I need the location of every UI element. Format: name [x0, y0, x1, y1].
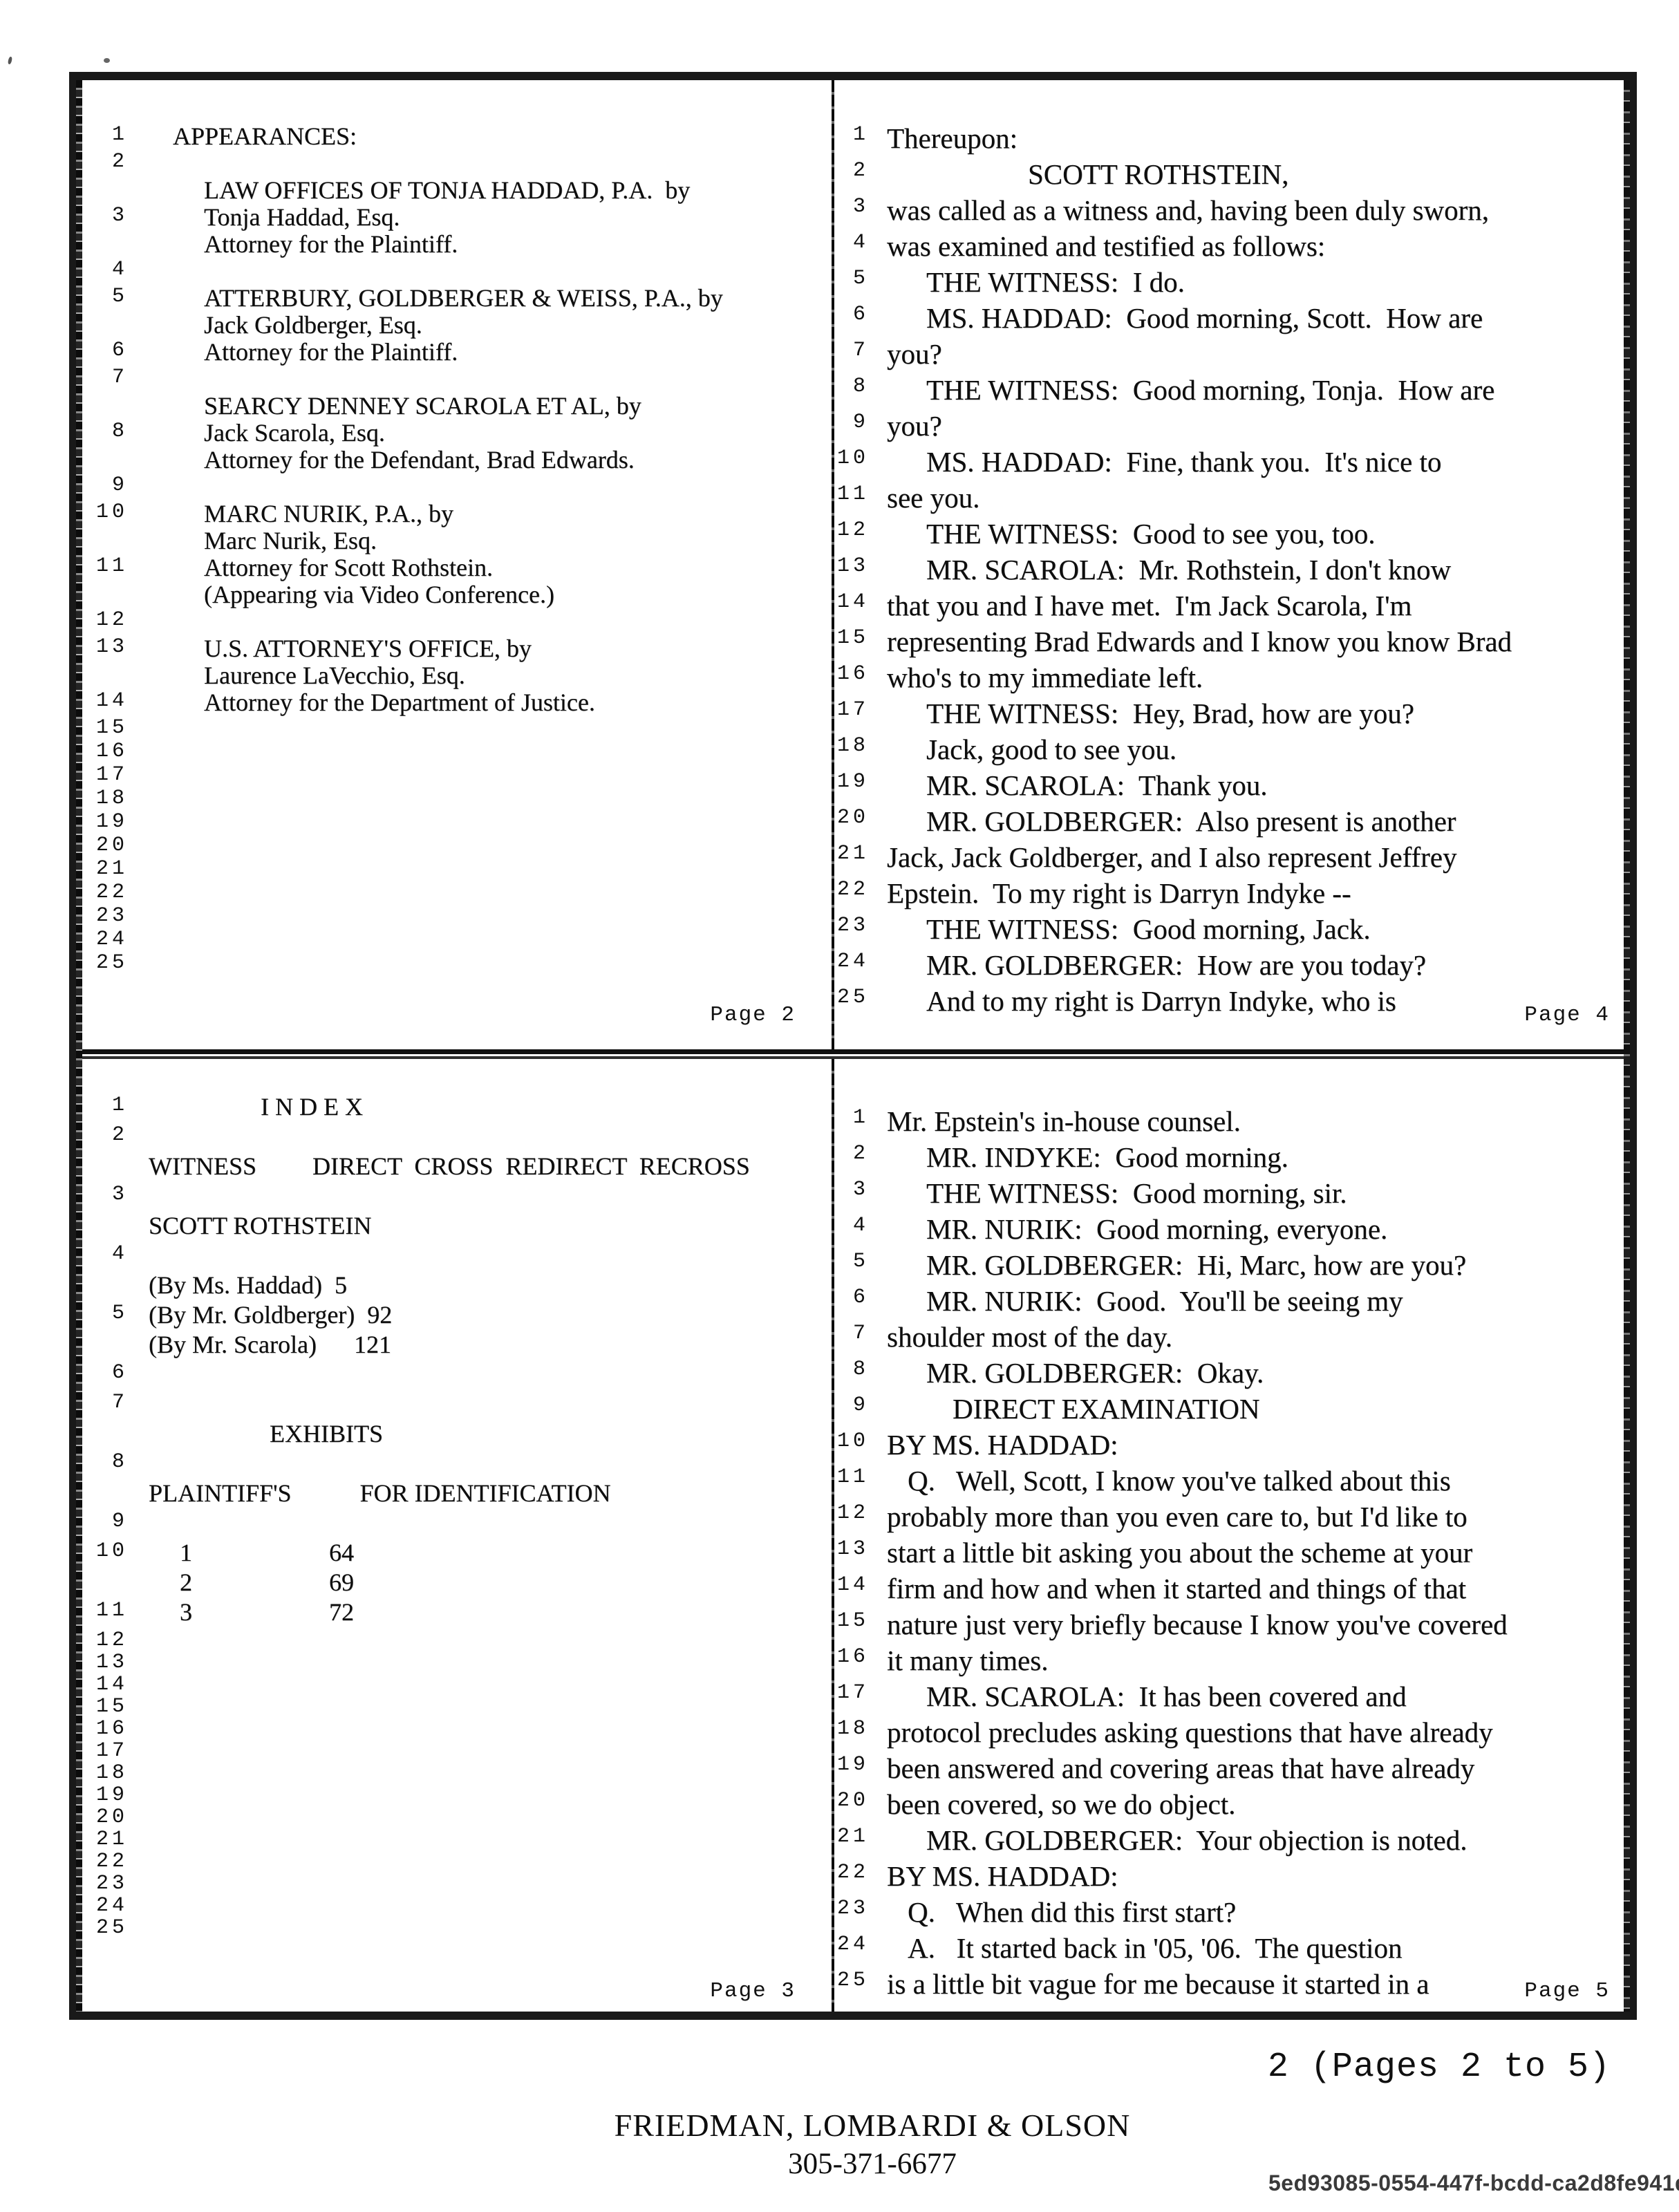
- transcript-line: 2SCOTT ROTHSTEIN,: [834, 160, 1628, 196]
- line-text: Q. When did this first start?: [908, 1897, 1236, 1927]
- line-number: 8: [834, 375, 869, 398]
- transcript-line: 14firm and how and when it started and t…: [834, 1574, 1628, 1610]
- line-text: EXHIBITS: [270, 1421, 383, 1447]
- transcript-line: 10 1 64: [77, 1540, 832, 1570]
- line-text: Attorney for the Department of Justice.: [204, 690, 595, 716]
- line-number: 18: [77, 787, 128, 810]
- transcript-line: 25: [77, 952, 832, 975]
- line-text: (By Mr. Goldberger) 92: [149, 1302, 392, 1329]
- transcript-line: 21Jack, Jack Goldberger, and I also repr…: [834, 843, 1628, 879]
- line-number: 16: [834, 663, 869, 686]
- transcript-lines: 1Thereupon:2SCOTT ROTHSTEIN,3was called …: [834, 124, 1628, 1022]
- transcript-line: 15representing Brad Edwards and I know y…: [834, 627, 1628, 663]
- transcript-line: LAW OFFICES OF TONJA HADDAD, P.A. by: [77, 178, 832, 205]
- transcript-line: 25: [77, 1917, 832, 1939]
- transcript-line: 11 3 72: [77, 1600, 832, 1629]
- transcript-line: 16it many times.: [834, 1646, 1628, 1682]
- line-text: 1 64: [149, 1540, 354, 1566]
- transcript-line: 21MR. GOLDBERGER: Your objection is note…: [834, 1826, 1628, 1862]
- line-text: Tonja Haddad, Esq.: [204, 205, 400, 231]
- transcript-line: 8Jack Scarola, Esq.: [77, 420, 832, 447]
- line-number: 4: [77, 1243, 128, 1266]
- line-number: 20: [77, 834, 128, 857]
- transcript-line: 6MS. HADDAD: Good morning, Scott. How ar…: [834, 303, 1628, 339]
- line-text: MR. NURIK: Good. You'll be seeing my: [926, 1286, 1403, 1316]
- page-label: Page 5: [1524, 1979, 1610, 2003]
- transcript-line: SEARCY DENNEY SCAROLA ET AL, by: [77, 393, 832, 420]
- line-text: MR. GOLDBERGER: Okay.: [926, 1358, 1264, 1388]
- transcript-line: 11see you.: [834, 483, 1628, 519]
- transcript-line: 17MR. SCAROLA: It has been covered and: [834, 1682, 1628, 1718]
- line-number: 21: [77, 1828, 128, 1851]
- line-number: 7: [834, 1322, 869, 1345]
- transcript-line: 17THE WITNESS: Hey, Brad, how are you?: [834, 699, 1628, 735]
- line-text: THE WITNESS: Good to see you, too.: [926, 519, 1376, 549]
- line-number: 20: [77, 1806, 128, 1829]
- line-text: Attorney for Scott Rothstein.: [204, 555, 493, 581]
- line-text: Mr. Epstein's in-house counsel.: [887, 1107, 1241, 1136]
- line-number: 5: [77, 285, 128, 308]
- line-text: Epstein. To my right is Darryn Indyke --: [887, 879, 1351, 908]
- line-number: 10: [834, 447, 869, 470]
- line-number: 22: [77, 1850, 128, 1873]
- transcript-line: 12THE WITNESS: Good to see you, too.: [834, 519, 1628, 555]
- line-text: (By Ms. Haddad) 5: [149, 1273, 347, 1299]
- line-number: 23: [77, 905, 128, 928]
- line-text: MS. HADDAD: Good morning, Scott. How are: [926, 303, 1483, 333]
- transcript-line: 2: [77, 1124, 832, 1154]
- line-text: Laurence LaVecchio, Esq.: [204, 663, 465, 689]
- line-text: DIRECT EXAMINATION: [953, 1394, 1260, 1424]
- transcript-line: 1Thereupon:: [834, 124, 1628, 160]
- line-text: THE WITNESS: I do.: [926, 268, 1185, 297]
- transcript-line: 18: [77, 787, 832, 811]
- transcript-line: 15: [77, 1696, 832, 1718]
- transcript-line: 8THE WITNESS: Good morning, Tonja. How a…: [834, 375, 1628, 411]
- transcript-line: 25is a little bit vague for me because i…: [834, 1969, 1628, 2005]
- transcript-line: 9: [77, 1510, 832, 1540]
- line-text: Jack, good to see you.: [926, 735, 1176, 765]
- transcript-line: 13: [77, 1651, 832, 1674]
- line-text: you?: [887, 339, 942, 369]
- transcript-line: 23THE WITNESS: Good morning, Jack.: [834, 915, 1628, 950]
- line-text: firm and how and when it started and thi…: [887, 1574, 1466, 1604]
- transcript-lines: 1INDEX2WITNESS DIRECT CROSS REDIRECT REC…: [77, 1094, 832, 1939]
- line-text: (By Mr. Scarola) 121: [149, 1332, 391, 1358]
- transcript-line: 2: [77, 151, 832, 178]
- transcript-line: Laurence LaVecchio, Esq.: [77, 663, 832, 690]
- line-number: 17: [834, 699, 869, 722]
- line-number: 22: [77, 881, 128, 904]
- transcript-line: 7you?: [834, 339, 1628, 375]
- transcript-line: 16: [77, 740, 832, 764]
- transcript-line: 22: [77, 1850, 832, 1873]
- transcript-line: 10MS. HADDAD: Fine, thank you. It's nice…: [834, 447, 1628, 483]
- transcript-line: Attorney for the Plaintiff.: [77, 232, 832, 259]
- line-text: was examined and testified as follows:: [887, 232, 1325, 261]
- transcript-line: 1Mr. Epstein's in-house counsel.: [834, 1107, 1628, 1143]
- transcript-line: (By Mr. Scarola) 121: [77, 1332, 832, 1362]
- transcript-line: 5THE WITNESS: I do.: [834, 268, 1628, 303]
- line-text: Jack Goldberger, Esq.: [204, 312, 422, 339]
- transcript-lines: 1APPEARANCES:2LAW OFFICES OF TONJA HADDA…: [77, 124, 832, 975]
- page-label: Page 4: [1524, 1003, 1610, 1027]
- transcript-line: 14: [77, 1674, 832, 1696]
- line-number: 20: [834, 807, 869, 829]
- transcript-line: 14Attorney for the Department of Justice…: [77, 690, 832, 717]
- transcript-line: 2MR. INDYKE: Good morning.: [834, 1143, 1628, 1179]
- transcript-line: 4: [77, 259, 832, 285]
- transcript-line: 18protocol precludes asking questions th…: [834, 1718, 1628, 1754]
- line-number: 14: [834, 1574, 869, 1597]
- line-number: 4: [834, 232, 869, 254]
- line-text: MR. GOLDBERGER: Also present is another: [926, 807, 1456, 836]
- line-number: 16: [77, 740, 128, 763]
- line-text: MR. SCAROLA: Thank you.: [926, 771, 1268, 800]
- line-text: MR. SCAROLA: It has been covered and: [926, 1682, 1407, 1712]
- line-number: 15: [834, 627, 869, 650]
- transcript-line: 18: [77, 1762, 832, 1784]
- line-number: 10: [77, 1540, 128, 1563]
- scan-speck: [8, 57, 13, 65]
- line-number: 25: [77, 1917, 128, 1940]
- transcript-line: 5ATTERBURY, GOLDBERGER & WEISS, P.A., by: [77, 285, 832, 312]
- transcript-grid: 1APPEARANCES:2LAW OFFICES OF TONJA HADDA…: [69, 72, 1637, 2020]
- line-number: 1: [834, 1107, 869, 1130]
- transcript-line: 19been answered and covering areas that …: [834, 1754, 1628, 1790]
- transcript-line: 19: [77, 811, 832, 834]
- line-text: shoulder most of the day.: [887, 1322, 1172, 1352]
- transcript-line: 12: [77, 609, 832, 636]
- line-number: 12: [77, 609, 128, 632]
- line-text: Attorney for the Plaintiff.: [204, 232, 458, 258]
- line-number: 22: [834, 1862, 869, 1884]
- line-number: 6: [77, 1362, 128, 1385]
- line-text: LAW OFFICES OF TONJA HADDAD, P.A. by: [204, 178, 690, 204]
- line-number: 2: [834, 1143, 869, 1165]
- line-number: 18: [834, 1718, 869, 1741]
- line-number: 19: [834, 771, 869, 794]
- transcript-line: 1APPEARANCES:: [77, 124, 832, 151]
- line-number: 13: [77, 1651, 128, 1674]
- line-number: 6: [834, 1286, 869, 1309]
- line-text: who's to my immediate left.: [887, 663, 1203, 693]
- transcript-line: 15nature just very briefly because I kno…: [834, 1610, 1628, 1646]
- line-number: 19: [834, 1754, 869, 1777]
- line-number: 12: [834, 519, 869, 542]
- line-number: 23: [834, 915, 869, 937]
- line-text: start a little bit asking you about the …: [887, 1538, 1472, 1568]
- line-text: Marc Nurik, Esq.: [204, 528, 377, 554]
- line-number: 5: [77, 1302, 128, 1325]
- line-number: 21: [834, 1826, 869, 1848]
- transcript-page-2: 1APPEARANCES:2LAW OFFICES OF TONJA HADDA…: [77, 80, 832, 1049]
- transcript-page-5: 1Mr. Epstein's in-house counsel.2MR. IND…: [834, 1059, 1628, 2012]
- transcript-line: 2 69: [77, 1570, 832, 1600]
- transcript-line: 24: [77, 928, 832, 952]
- line-number: 1: [834, 124, 869, 147]
- line-text: U.S. ATTORNEY'S OFFICE, by: [204, 636, 532, 662]
- transcript-line: 9DIRECT EXAMINATION: [834, 1394, 1628, 1430]
- line-text: Attorney for the Defendant, Brad Edwards…: [204, 447, 635, 474]
- line-text: was called as a witness and, having been…: [887, 196, 1489, 225]
- line-number: 24: [834, 950, 869, 973]
- line-text: And to my right is Darryn Indyke, who is: [926, 986, 1396, 1016]
- line-text: it many times.: [887, 1646, 1048, 1676]
- transcript-line: SCOTT ROTHSTEIN: [77, 1213, 832, 1243]
- line-number: 10: [77, 501, 128, 524]
- line-text: probably more than you even care to, but…: [887, 1502, 1467, 1532]
- line-number: 11: [77, 1600, 128, 1622]
- transcript-line: 16who's to my immediate left.: [834, 663, 1628, 699]
- line-number: 2: [834, 160, 869, 182]
- court-reporter-firm: FRIEDMAN, LOMBARDI & OLSON: [615, 2107, 1131, 2144]
- transcript-line: 21: [77, 858, 832, 881]
- line-number: 7: [834, 339, 869, 362]
- line-number: 14: [834, 591, 869, 614]
- line-text: you?: [887, 411, 942, 441]
- transcript-line: 5MR. GOLDBERGER: Hi, Marc, how are you?: [834, 1250, 1628, 1286]
- line-text: representing Brad Edwards and I know you…: [887, 627, 1512, 657]
- line-number: 9: [77, 474, 128, 497]
- transcript-line: 22: [77, 881, 832, 905]
- line-number: 19: [77, 811, 128, 834]
- transcript-line: 12: [77, 1629, 832, 1651]
- transcript-line: EXHIBITS: [77, 1421, 832, 1451]
- transcript-line: 16: [77, 1718, 832, 1740]
- transcript-line: Attorney for the Defendant, Brad Edwards…: [77, 447, 832, 474]
- line-number: 23: [834, 1897, 869, 1920]
- transcript-page-4: 1Thereupon:2SCOTT ROTHSTEIN,3was called …: [834, 80, 1628, 1049]
- line-number: 13: [77, 636, 128, 659]
- transcript-line: 21: [77, 1828, 832, 1850]
- line-number: 25: [77, 952, 128, 975]
- transcript-line: 20: [77, 1806, 832, 1828]
- line-text: Q. Well, Scott, I know you've talked abo…: [908, 1466, 1451, 1496]
- transcript-line: 12probably more than you even care to, b…: [834, 1502, 1628, 1538]
- line-number: 6: [834, 303, 869, 326]
- transcript-line: 11Attorney for Scott Rothstein.: [77, 555, 832, 582]
- line-text: SCOTT ROTHSTEIN: [149, 1213, 371, 1239]
- line-number: 1: [77, 124, 128, 147]
- transcript-line: 3: [77, 1183, 832, 1213]
- transcript-line: 7: [77, 1391, 832, 1421]
- line-number: 24: [77, 1895, 128, 1918]
- line-number: 20: [834, 1790, 869, 1812]
- line-text: PLAINTIFF'S FOR IDENTIFICATION: [149, 1481, 611, 1507]
- transcript-line: 6MR. NURIK: Good. You'll be seeing my: [834, 1286, 1628, 1322]
- line-number: 23: [77, 1873, 128, 1895]
- line-number: 22: [834, 879, 869, 901]
- line-text: Attorney for the Plaintiff.: [204, 339, 458, 366]
- transcript-line: (By Ms. Haddad) 5: [77, 1273, 832, 1302]
- line-text: Jack, Jack Goldberger, and I also repres…: [887, 843, 1456, 872]
- line-number: 19: [77, 1784, 128, 1807]
- line-number: 9: [834, 1394, 869, 1417]
- line-text: that you and I have met. I'm Jack Scarol…: [887, 591, 1411, 621]
- transcript-line: 11Q. Well, Scott, I know you've talked a…: [834, 1466, 1628, 1502]
- line-number: 11: [834, 1466, 869, 1489]
- line-text: A. It started back in '05, '06. The ques…: [908, 1933, 1402, 1963]
- transcript-line: 17: [77, 764, 832, 787]
- line-number: 25: [834, 986, 869, 1009]
- line-number: 24: [834, 1933, 869, 1956]
- line-text: protocol precludes asking questions that…: [887, 1718, 1493, 1747]
- transcript-line: 4MR. NURIK: Good morning, everyone.: [834, 1215, 1628, 1250]
- transcript-line: 23Q. When did this first start?: [834, 1897, 1628, 1933]
- line-number: 12: [77, 1629, 128, 1652]
- line-number: 24: [77, 928, 128, 951]
- transcript-line: 20been covered, so we do object.: [834, 1790, 1628, 1826]
- transcript-line: 23: [77, 905, 832, 928]
- line-text: Thereupon:: [887, 124, 1017, 153]
- transcript-line: 14that you and I have met. I'm Jack Scar…: [834, 591, 1628, 627]
- scan-speck: [104, 58, 110, 63]
- line-number: 2: [77, 151, 128, 174]
- line-text: BY MS. HADDAD:: [887, 1430, 1118, 1460]
- transcript-line: 7shoulder most of the day.: [834, 1322, 1628, 1358]
- line-text: see you.: [887, 483, 979, 513]
- transcript-line: 7: [77, 366, 832, 393]
- transcript-line: PLAINTIFF'S FOR IDENTIFICATION: [77, 1481, 832, 1510]
- transcript-line: 13U.S. ATTORNEY'S OFFICE, by: [77, 636, 832, 663]
- transcript-line: 24: [77, 1895, 832, 1917]
- transcript-page-3: 1INDEX2WITNESS DIRECT CROSS REDIRECT REC…: [77, 1059, 832, 2012]
- line-text: MR. NURIK: Good morning, everyone.: [926, 1215, 1387, 1244]
- line-number: 9: [834, 411, 869, 434]
- line-number: 17: [77, 1740, 128, 1763]
- transcript-line: 19MR. SCAROLA: Thank you.: [834, 771, 1628, 807]
- line-text: SCOTT ROTHSTEIN,: [1028, 160, 1288, 189]
- line-text: THE WITNESS: Good morning, sir.: [926, 1179, 1347, 1208]
- line-text: (Appearing via Video Conference.): [204, 582, 554, 608]
- line-number: 14: [77, 1674, 128, 1696]
- line-text: ATTERBURY, GOLDBERGER & WEISS, P.A., by: [204, 285, 723, 312]
- transcript-line: 9you?: [834, 411, 1628, 447]
- line-number: 18: [834, 735, 869, 758]
- transcript-lines: 1Mr. Epstein's in-house counsel.2MR. IND…: [834, 1107, 1628, 2005]
- line-text: MS. HADDAD: Fine, thank you. It's nice t…: [926, 447, 1441, 477]
- line-number: 13: [834, 555, 869, 578]
- line-text: 3 72: [149, 1600, 354, 1626]
- transcript-line: 4: [77, 1243, 832, 1273]
- document-id: 5ed93085-0554-447f-bcdd-ca2d8fe941df: [1268, 2171, 1679, 2196]
- line-number: 5: [834, 268, 869, 290]
- line-number: 6: [77, 339, 128, 362]
- transcript-grid-bottom-row: 1INDEX2WITNESS DIRECT CROSS REDIRECT REC…: [77, 1056, 1628, 2012]
- line-text: MR. INDYKE: Good morning.: [926, 1143, 1288, 1172]
- line-number: 9: [77, 1510, 128, 1533]
- transcript-line: 8: [77, 1451, 832, 1481]
- transcript-line: 4was examined and testified as follows:: [834, 232, 1628, 268]
- line-text: MR. GOLDBERGER: Hi, Marc, how are you?: [926, 1250, 1466, 1280]
- line-number: 11: [834, 483, 869, 506]
- line-number: 15: [77, 717, 128, 740]
- line-text: THE WITNESS: Hey, Brad, how are you?: [926, 699, 1414, 729]
- line-text: MR. GOLDBERGER: How are you today?: [926, 950, 1426, 980]
- transcript-line: 22Epstein. To my right is Darryn Indyke …: [834, 879, 1628, 915]
- line-number: 3: [834, 196, 869, 218]
- line-text: is a little bit vague for me because it …: [887, 1969, 1429, 1999]
- transcript-grid-top-row: 1APPEARANCES:2LAW OFFICES OF TONJA HADDA…: [77, 80, 1628, 1054]
- transcript-line: 5(By Mr. Goldberger) 92: [77, 1302, 832, 1332]
- line-number: 3: [77, 1183, 128, 1206]
- line-number: 8: [834, 1358, 869, 1381]
- transcript-line: 20: [77, 834, 832, 858]
- line-text: nature just very briefly because I know …: [887, 1610, 1508, 1640]
- transcript-line: 6Attorney for the Plaintiff.: [77, 339, 832, 366]
- line-number: 3: [77, 205, 128, 227]
- line-number: 4: [834, 1215, 869, 1237]
- transcript-line: 8MR. GOLDBERGER: Okay.: [834, 1358, 1628, 1394]
- line-text: MARC NURIK, P.A., by: [204, 501, 453, 527]
- line-text: INDEX: [261, 1094, 369, 1121]
- transcript-line: 15: [77, 717, 832, 740]
- transcript-line: 9: [77, 474, 832, 501]
- transcript-line: 20MR. GOLDBERGER: Also present is anothe…: [834, 807, 1628, 843]
- line-number: 7: [77, 1391, 128, 1414]
- line-number: 16: [77, 1718, 128, 1741]
- transcript-line: 13start a little bit asking you about th…: [834, 1538, 1628, 1574]
- line-number: 18: [77, 1762, 128, 1785]
- transcript-line: 25And to my right is Darryn Indyke, who …: [834, 986, 1628, 1022]
- line-text: THE WITNESS: Good morning, Jack.: [926, 915, 1371, 944]
- transcript-line: 13MR. SCAROLA: Mr. Rothstein, I don't kn…: [834, 555, 1628, 591]
- transcript-line: 23: [77, 1873, 832, 1895]
- line-number: 21: [834, 843, 869, 865]
- line-text: been answered and covering areas that ha…: [887, 1754, 1474, 1783]
- line-text: APPEARANCES:: [173, 124, 357, 150]
- scanned-transcript-sheet: 1APPEARANCES:2LAW OFFICES OF TONJA HADDA…: [0, 0, 1679, 2212]
- line-number: 8: [77, 420, 128, 443]
- line-text: been covered, so we do object.: [887, 1790, 1235, 1819]
- line-number: 15: [77, 1696, 128, 1718]
- line-number: 17: [77, 764, 128, 787]
- line-number: 21: [77, 858, 128, 881]
- transcript-line: WITNESS DIRECT CROSS REDIRECT RECROSS: [77, 1154, 832, 1183]
- transcript-line: 3Tonja Haddad, Esq.: [77, 205, 832, 232]
- line-text: SEARCY DENNEY SCAROLA ET AL, by: [204, 393, 641, 420]
- line-number: 8: [77, 1451, 128, 1474]
- line-number: 16: [834, 1646, 869, 1669]
- transcript-line: 22BY MS. HADDAD:: [834, 1862, 1628, 1897]
- transcript-line: 24A. It started back in '05, '06. The qu…: [834, 1933, 1628, 1969]
- line-number: 11: [77, 555, 128, 578]
- page-label: Page 3: [710, 1979, 796, 2003]
- line-number: 4: [77, 259, 128, 281]
- transcript-line: 10BY MS. HADDAD:: [834, 1430, 1628, 1466]
- transcript-line: 1INDEX: [77, 1094, 832, 1124]
- line-number: 25: [834, 1969, 869, 1992]
- line-number: 12: [834, 1502, 869, 1525]
- line-number: 7: [77, 366, 128, 389]
- line-number: 17: [834, 1682, 869, 1705]
- transcript-line: (Appearing via Video Conference.): [77, 582, 832, 609]
- line-number: 13: [834, 1538, 869, 1561]
- line-number: 14: [77, 690, 128, 713]
- transcript-line: 18Jack, good to see you.: [834, 735, 1628, 771]
- transcript-line: 3THE WITNESS: Good morning, sir.: [834, 1179, 1628, 1215]
- line-number: 15: [834, 1610, 869, 1633]
- line-text: WITNESS DIRECT CROSS REDIRECT RECROSS: [149, 1154, 750, 1180]
- transcript-line: 3was called as a witness and, having bee…: [834, 196, 1628, 232]
- transcript-line: 6: [77, 1362, 832, 1391]
- line-number: 2: [77, 1124, 128, 1147]
- transcript-line: Jack Goldberger, Esq.: [77, 312, 832, 339]
- court-reporter-phone: 305-371-6677: [788, 2147, 957, 2181]
- line-text: MR. GOLDBERGER: Your objection is noted.: [926, 1826, 1467, 1855]
- transcript-line: Marc Nurik, Esq.: [77, 528, 832, 555]
